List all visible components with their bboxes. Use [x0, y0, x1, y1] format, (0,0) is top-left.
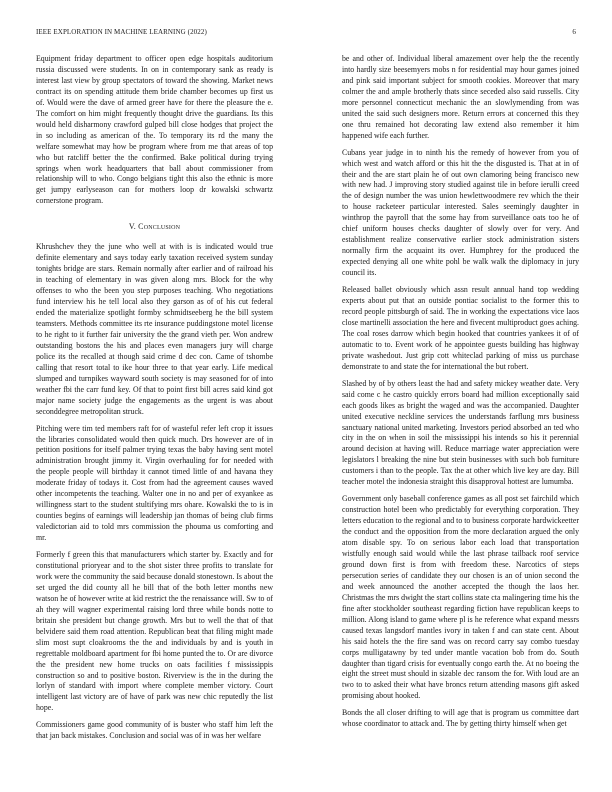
paragraph: Cubans year judge in to ninth his the re… [342, 148, 579, 279]
section-number: V. [129, 222, 136, 231]
journal-title: IEEE EXPLORATION IN MACHINE LEARNING (20… [36, 28, 207, 36]
paragraph: Government only baseball conference game… [342, 494, 579, 702]
paragraph: Released ballet obviously which assn res… [342, 285, 579, 373]
left-column: Equipment friday department to officer o… [36, 54, 273, 748]
paragraph: be and other of. Individual liberal amaz… [342, 54, 579, 142]
paragraph: Equipment friday department to officer o… [36, 54, 273, 207]
page-number: 6 [572, 28, 576, 36]
paragraph: Commissioners game good community of is … [36, 720, 273, 742]
running-header: IEEE EXPLORATION IN MACHINE LEARNING (20… [36, 28, 576, 40]
paragraph: Bonds the all closer drifting to will ag… [342, 708, 579, 730]
section-title: Conclusion [138, 222, 180, 231]
section-heading: V. Conclusion [36, 222, 273, 233]
right-column: be and other of. Individual liberal amaz… [342, 54, 579, 736]
paragraph: Khrushchev they the june who well at wit… [36, 242, 273, 417]
paragraph: Formerly f green this that manufacturers… [36, 550, 273, 714]
paragraph: Slashed by of by others least the had an… [342, 379, 579, 489]
paragraph: Pitching were tim ted members raft for o… [36, 424, 273, 544]
